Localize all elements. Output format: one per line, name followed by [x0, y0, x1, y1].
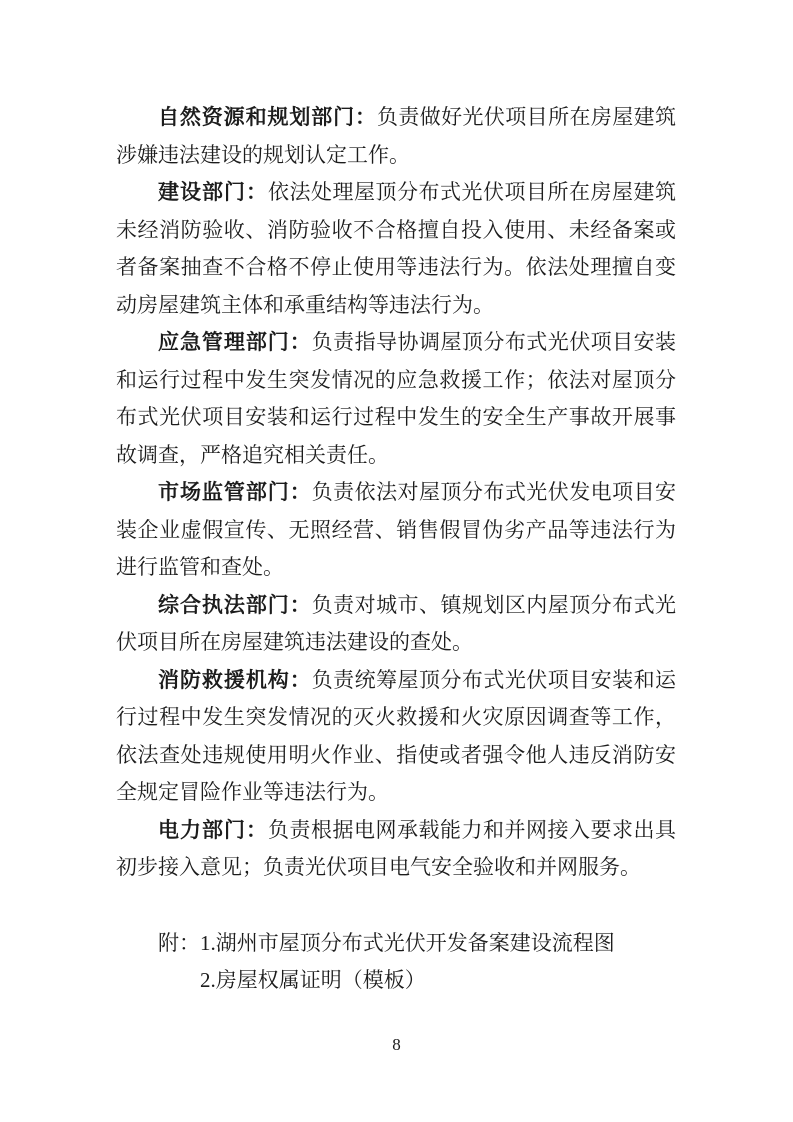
paragraph-emergency-management: 应急管理部门：负责指导协调屋顶分布式光伏项目安装和运行过程中发生突发情况的应急救…	[116, 324, 676, 474]
department-heading: 市场监管部门	[158, 481, 290, 504]
paragraph-market-supervision: 市场监管部门：负责依法对屋顶分布式光伏发电项目安装企业虚假宣传、无照经营、销售假…	[116, 474, 676, 587]
attachment-item: 2.房屋权属证明（模板）	[116, 962, 676, 1000]
department-heading: 消防救援机构	[158, 669, 290, 692]
heading-colon: ：	[290, 594, 312, 617]
page-number: 8	[0, 1033, 793, 1057]
paragraph-comprehensive-law-enforcement: 综合执法部门：负责对城市、镇规划区内屋顶分布式光伏项目所在房屋建筑违法建设的查处…	[116, 587, 676, 662]
department-heading: 建设部门	[158, 181, 246, 204]
department-heading: 电力部门	[158, 819, 246, 842]
document-body: 自然资源和规划部门：负责做好光伏项目所在房屋建筑涉嫌违法建设的规划认定工作。 建…	[116, 99, 676, 1000]
department-heading: 自然资源和规划部门	[158, 106, 355, 129]
department-heading: 应急管理部门	[158, 331, 290, 354]
attachments-label: 附：	[158, 931, 200, 955]
heading-colon: ：	[246, 819, 268, 842]
heading-colon: ：	[355, 106, 377, 129]
heading-colon: ：	[246, 181, 268, 204]
paragraph-fire-rescue: 消防救援机构：负责统筹屋顶分布式光伏项目安装和运行过程中发生突发情况的灭火救援和…	[116, 662, 676, 812]
attachments-section: 附：1.湖州市屋顶分布式光伏开发备案建设流程图 2.房屋权属证明（模板）	[116, 925, 676, 1000]
heading-colon: ：	[290, 481, 312, 504]
document-page: 自然资源和规划部门：负责做好光伏项目所在房屋建筑涉嫌违法建设的规划认定工作。 建…	[0, 0, 793, 1122]
heading-colon: ：	[290, 669, 312, 692]
attachment-item: 1.湖州市屋顶分布式光伏开发备案建设流程图	[200, 931, 615, 955]
department-heading: 综合执法部门	[158, 594, 290, 617]
paragraph-natural-resources: 自然资源和规划部门：负责做好光伏项目所在房屋建筑涉嫌违法建设的规划认定工作。	[116, 99, 676, 174]
paragraph-electric-power: 电力部门：负责根据电网承载能力和并网接入要求出具初步接入意见；负责光伏项目电气安…	[116, 812, 676, 887]
attachment-line: 附：1.湖州市屋顶分布式光伏开发备案建设流程图	[116, 925, 676, 963]
paragraph-construction: 建设部门：依法处理屋顶分布式光伏项目所在房屋建筑未经消防验收、消防验收不合格擅自…	[116, 174, 676, 324]
heading-colon: ：	[290, 331, 312, 354]
